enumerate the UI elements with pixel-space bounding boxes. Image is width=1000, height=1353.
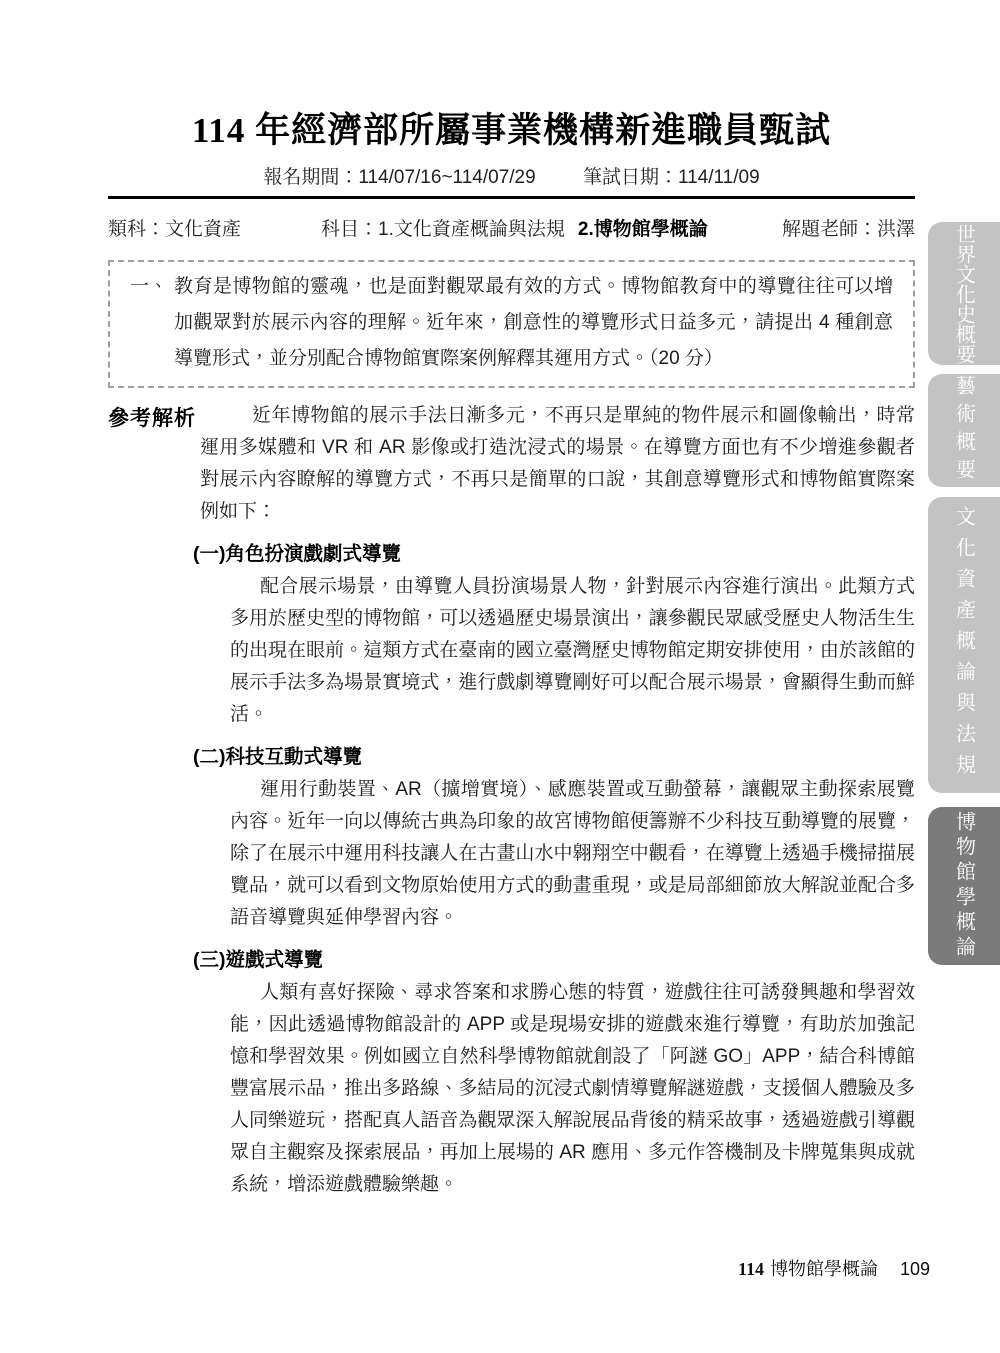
chapter-tab-museology-active: 博物館學概論 xyxy=(928,807,1000,965)
solution-section-1: (一)角色扮演戲劇式導覽 配合展示場景，由導覽人員扮演場景人物，針對展示內容進行… xyxy=(193,539,915,731)
registration-period: 報名期間：114/07/16~114/07/29 xyxy=(263,167,535,188)
chapter-tab-art-overview: 藝術概要 xyxy=(928,374,1000,487)
section-2-body: 運用行動裝置、AR（擴增實境）、感應裝置或互動螢幕，讓觀眾主動探索展覽內容。近年… xyxy=(230,774,915,934)
footer-volume: 114 xyxy=(738,1259,764,1279)
solution-label: 參考解析 xyxy=(108,402,196,432)
section-1-body: 配合展示場景，由導覽人員扮演場景人物，針對展示內容進行演出。此類方式多用於歷史型… xyxy=(230,571,915,731)
chapter-tab-world-culture-history: 世界文化史概要 xyxy=(928,222,1000,365)
scanned-exam-page: 114 年經濟部所屬事業機構新進職員甄試 報名期間：114/07/16~114/… xyxy=(0,0,1000,1353)
footer-book-title: 博物館學概論 xyxy=(770,1259,878,1279)
question-box: 一、 教育是博物館的靈魂，也是面對觀眾最有效的方式。博物館教育中的導覽往往可以增… xyxy=(108,260,915,388)
header-divider xyxy=(108,196,915,199)
solution-section-3: (三)遊戲式導覽 人類有喜好探險、尋求答案和求勝心態的特質，遊戲往往可誘發興趣和… xyxy=(193,945,915,1201)
written-test-date: 筆試日期：114/11/09 xyxy=(583,167,760,188)
section-1-heading: (一)角色扮演戲劇式導覽 xyxy=(193,539,915,569)
main-content: 114 年經濟部所屬事業機構新進職員甄試 報名期間：114/07/16~114/… xyxy=(108,110,915,1201)
solution-section-2: (二)科技互動式導覽 運用行動裝置、AR（擴增實境）、感應裝置或互動螢幕，讓觀眾… xyxy=(193,742,915,934)
footer-page-number: 109 xyxy=(900,1259,930,1279)
section-2-heading: (二)科技互動式導覽 xyxy=(193,742,915,772)
solution-head: 參考解析 近年博物館的展示手法日漸多元，不再只是單純的物件展示和圖像輸出，時常運… xyxy=(108,400,915,528)
question-text: 教育是博物館的靈魂，也是面對觀眾最有效的方式。博物館教育中的導覽往往可以增加觀眾… xyxy=(174,269,893,377)
subject-2-current: 2.博物館學概論 xyxy=(578,219,708,240)
subjects-label: 科目：1.文化資產概論與法規2.博物館學概論 xyxy=(321,214,708,241)
page-footer: 114博物館學概論109 xyxy=(738,1255,930,1281)
category-label: 類科：文化資產 xyxy=(108,214,241,241)
exam-dates-line: 報名期間：114/07/16~114/07/29 筆試日期：114/11/09 xyxy=(108,162,915,189)
page-title: 114 年經濟部所屬事業機構新進職員甄試 xyxy=(108,110,915,152)
subject-1: 科目：1.文化資產概論與法規 xyxy=(321,219,565,240)
section-3-heading: (三)遊戲式導覽 xyxy=(193,945,915,975)
solution-block: 參考解析 近年博物館的展示手法日漸多元，不再只是單純的物件展示和圖像輸出，時常運… xyxy=(108,400,915,1201)
question-number: 一、 xyxy=(130,269,174,377)
chapter-tab-cultural-assets-law: 文化資產概論與法規 xyxy=(928,497,1000,793)
section-3-body: 人類有喜好探險、尋求答案和求勝心態的特質，遊戲往往可誘發興趣和學習效能，因此透過… xyxy=(230,977,915,1201)
solution-intro: 近年博物館的展示手法日漸多元，不再只是單純的物件展示和圖像輸出，時常運用多媒體和… xyxy=(200,400,915,528)
exam-meta-line: 類科：文化資產 科目：1.文化資產概論與法規2.博物館學概論 解題老師：洪澤 xyxy=(108,214,915,241)
teacher-label: 解題老師：洪澤 xyxy=(782,214,915,241)
